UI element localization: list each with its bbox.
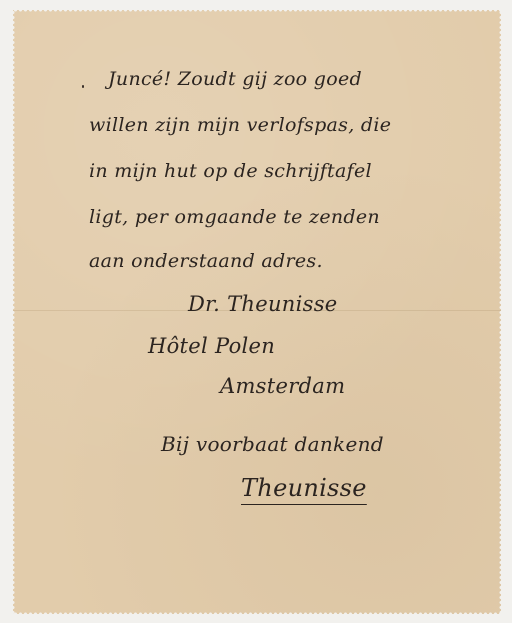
address-city: Amsterdam (220, 374, 345, 398)
address-name: Dr. Theunisse (188, 292, 338, 316)
body-line-5: aan onderstaand adres. (89, 250, 323, 272)
ink-mark (82, 85, 84, 88)
letter-card: Juncé! Zoudt gij zoo goed willen zijn mi… (13, 10, 501, 614)
body-line-3: in mijn hut op de schrijftafel (89, 160, 372, 182)
closing-line: Bij voorbaat dankend (161, 432, 384, 456)
body-line-2: willen zijn mijn verlofspas, die (89, 114, 391, 136)
body-line-4: ligt, per omgaande te zenden (89, 206, 380, 228)
perforated-edge-bottom (13, 612, 501, 616)
address-hotel: Hôtel Polen (148, 334, 275, 358)
signature: Theunisse (241, 474, 367, 502)
body-line-1: Juncé! Zoudt gij zoo goed (108, 68, 362, 90)
perforated-edge-right (499, 10, 503, 614)
perforated-edge-top (13, 8, 501, 12)
perforated-edge-left (11, 10, 15, 614)
